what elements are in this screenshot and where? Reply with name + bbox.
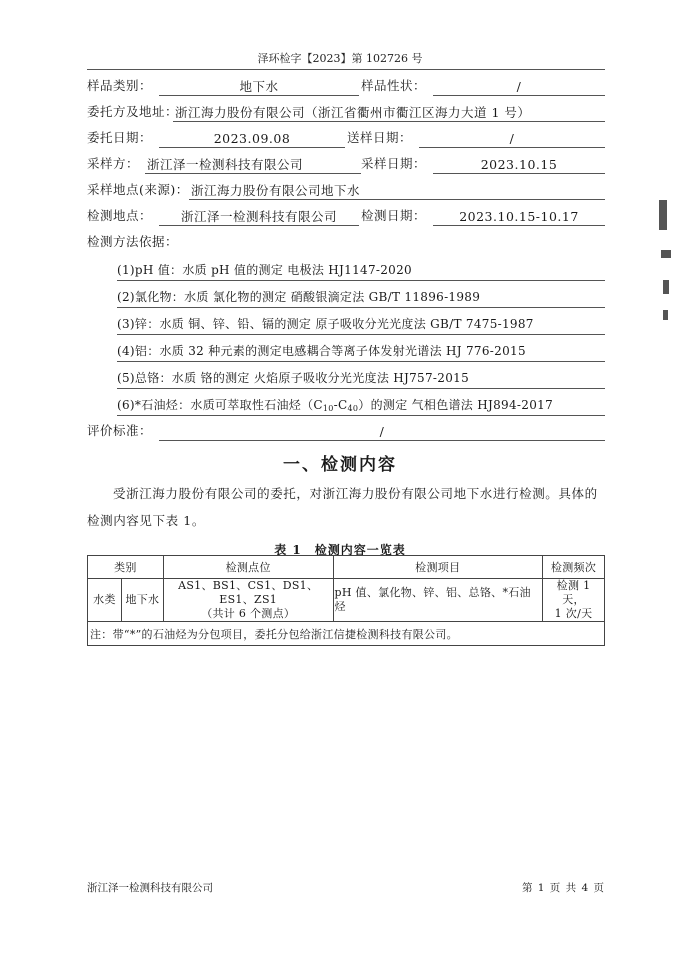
sampling-date-value: 2023.10.15 [433,157,605,174]
commission-date-row: 委托日期： 2023.09.08 送样日期： / [87,130,605,150]
header-frequency: 检测频次 [543,556,605,579]
sample-state-value: / [433,79,605,96]
commission-date-value: 2023.09.08 [159,131,345,148]
table-note-row: 注：带“*”的石油烃为分包项目，委托分包给浙江信捷检测科技有限公司。 [88,622,605,646]
test-site-value: 浙江泽一检测科技有限公司 [159,209,359,226]
sample-state-label: 样品性状： [361,76,426,94]
commission-date-label: 委托日期： [87,128,152,146]
sampler-label: 采样方： [87,154,139,172]
table-row: 水类 地下水 AS1、BS1、CS1、DS1、ES1、ZS1 （共计 6 个测点… [88,579,605,622]
cell-frequency: 检测 1 天， 1 次/天 [543,579,605,622]
seal-stamp-fragment [655,200,675,330]
test-site-row: 检测地点： 浙江泽一检测科技有限公司 检测日期： 2023.10.15-10.1… [87,208,605,228]
cell-items: pH 值、氯化物、锌、铝、总铬、*石油烃 [333,579,543,622]
method-item-petroleum: (6)*石油烃：水质可萃取性石油烃（C10-C40）的测定 气相色谱法 HJ89… [117,397,605,416]
page-number: 第 1 页 共 4 页 [522,880,605,895]
evaluation-row: 评价标准： / [87,423,605,443]
sampling-date-label: 采样日期： [361,154,426,172]
method-item: (1)pH 值：水质 pH 值的测定 电极法 HJ1147-2020 [117,262,605,281]
section-paragraph: 受浙江海力股份有限公司的委托，对浙江海力股份有限公司地下水进行检测。具体的检测内… [87,480,607,534]
content-table: 类别 检测点位 检测项目 检测频次 水类 地下水 AS1、BS1、CS1、DS1… [87,555,605,646]
test-site-label: 检测地点： [87,206,152,224]
sampling-site-label: 采样地点(来源)： [87,180,189,198]
test-date-label: 检测日期： [361,206,426,224]
sampling-site-row: 采样地点(来源)： 浙江海力股份有限公司地下水 [87,182,605,202]
cell-subcategory: 地下水 [121,579,163,622]
method-item: (4)铝：水质 32 种元素的测定电感耦合等离子体发射光谱法 HJ 776-20… [117,343,605,362]
test-date-value: 2023.10.15-10.17 [433,209,605,226]
methods-label: 检测方法依据： [87,232,178,250]
client-value: 浙江海力股份有限公司（浙江省衢州市衢江区海力大道 1 号） [173,105,605,122]
sample-type-label: 样品类别： [87,76,152,94]
evaluation-value: / [159,424,605,441]
client-label: 委托方及地址： [87,102,178,120]
sample-type-row: 样品类别： 地下水 样品性状： / [87,78,605,98]
header-points: 检测点位 [163,556,333,579]
cell-points: AS1、BS1、CS1、DS1、ES1、ZS1 （共计 6 个测点） [163,579,333,622]
table-note: 注：带“*”的石油烃为分包项目，委托分包给浙江信捷检测科技有限公司。 [88,622,605,646]
sampler-row: 采样方： 浙江泽一检测科技有限公司 采样日期： 2023.10.15 [87,156,605,176]
delivery-date-label: 送样日期： [347,128,412,146]
cell-category: 水类 [88,579,122,622]
header-category: 类别 [88,556,164,579]
method-item: (2)氯化物：水质 氯化物的测定 硝酸银滴定法 GB/T 11896-1989 [117,289,605,308]
sample-type-value: 地下水 [159,79,359,96]
table-header-row: 类别 检测点位 检测项目 检测频次 [88,556,605,579]
report-number: 泽环检字【2023】第 102726 号 [0,50,680,66]
evaluation-label: 评价标准： [87,421,152,439]
sampling-site-value: 浙江海力股份有限公司地下水 [189,183,605,200]
method-item: (5)总铬：水质 铬的测定 火焰原子吸收分光光度法 HJ757-2015 [117,370,605,389]
methods-row: 检测方法依据： [87,234,605,254]
delivery-date-value: / [419,131,605,148]
method-item: (3)锌：水质 铜、锌、铅、镉的测定 原子吸收分光光度法 GB/T 7475-1… [117,316,605,335]
section-title: 一、检测内容 [0,450,680,475]
header-divider [87,69,605,70]
sampler-value: 浙江泽一检测科技有限公司 [145,157,361,174]
header-items: 检测项目 [333,556,543,579]
footer-company: 浙江泽一检测科技有限公司 [87,880,213,895]
client-row: 委托方及地址： 浙江海力股份有限公司（浙江省衢州市衢江区海力大道 1 号） [87,104,605,124]
